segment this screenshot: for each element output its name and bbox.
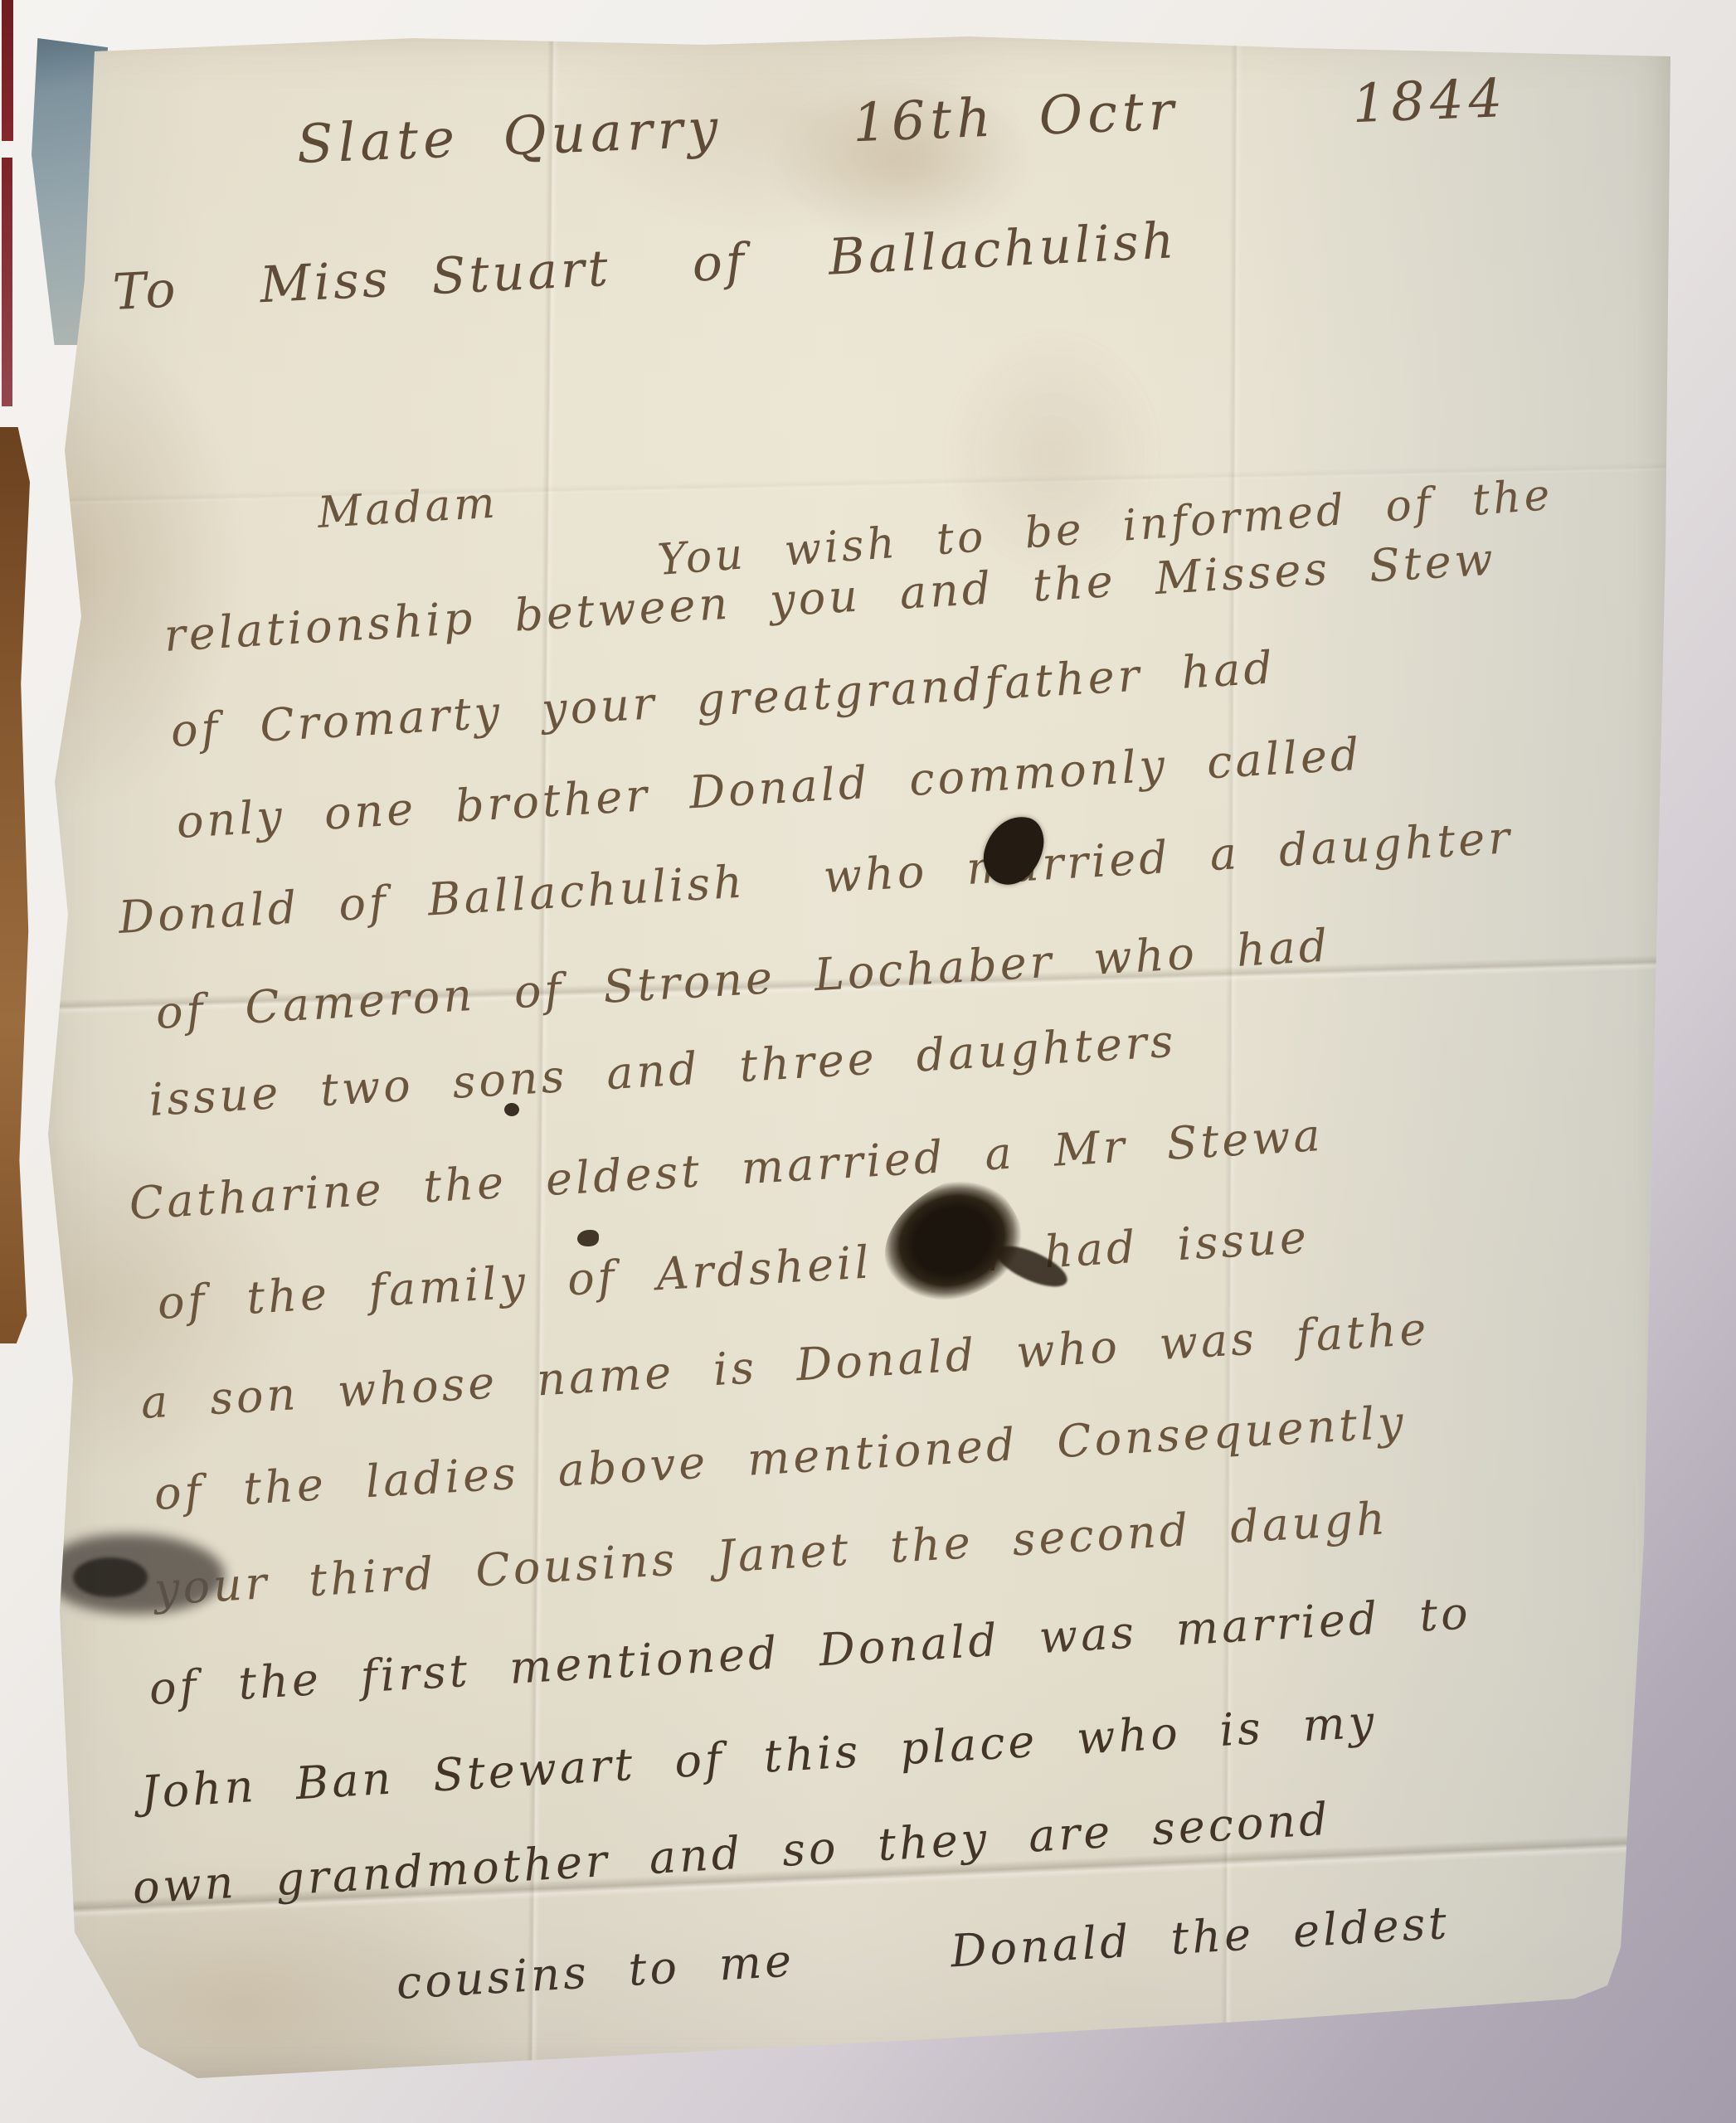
maroon-edge-strip-top	[2, 0, 13, 141]
maroon-edge-strip-lower	[2, 158, 12, 406]
letter-paper: Slate Quarry 16th Octr 1844 To Miss Stua…	[40, 32, 1682, 2087]
paper-edge-shadow	[40, 32, 1682, 2087]
wood-table-strip	[0, 427, 30, 1343]
photo-of-handwritten-letter: Slate Quarry 16th Octr 1844 To Miss Stua…	[0, 0, 1736, 2123]
